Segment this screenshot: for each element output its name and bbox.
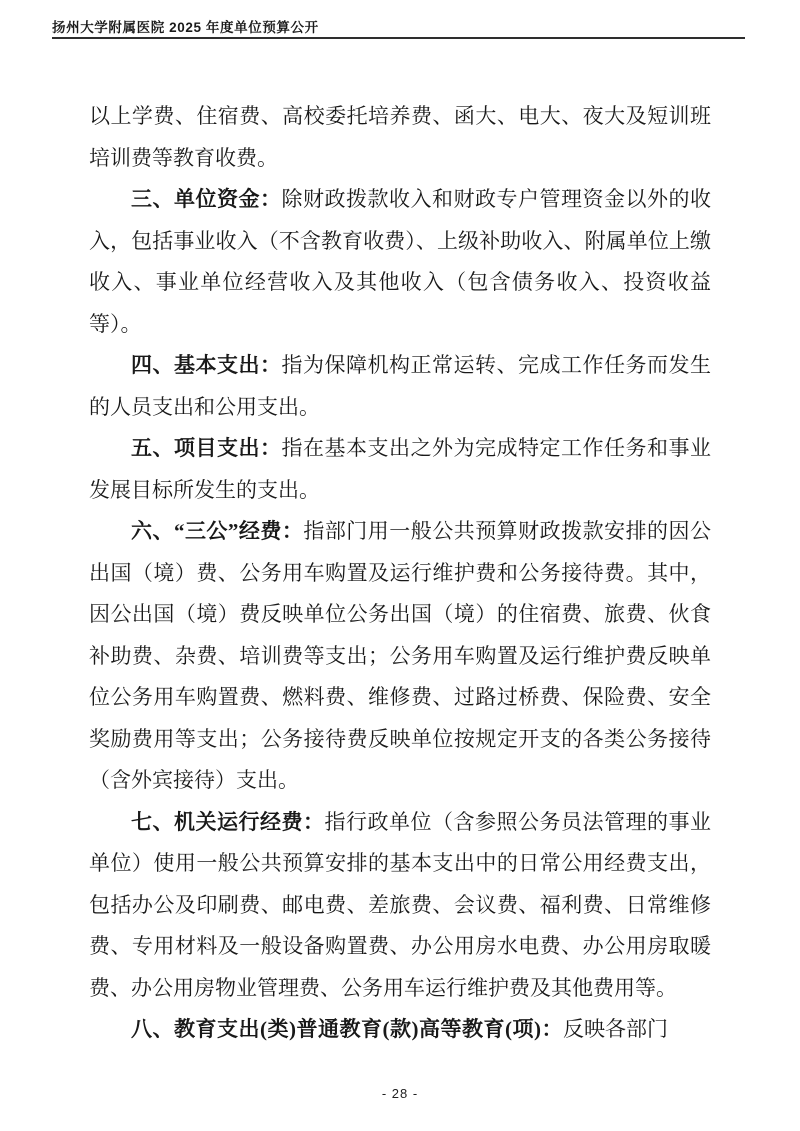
paragraph-text: 以上学费、住宿费、高校委托培养费、函大、电大、夜大及短训班培训费等教育收费。 [89, 104, 711, 170]
paragraph-lead: 三、单位资金： [131, 187, 282, 211]
paragraph-lead: 六、“三公”经费： [131, 519, 303, 543]
page-number: - 28 - [382, 1086, 418, 1101]
paragraph-lead: 七、机关运行经费： [131, 810, 325, 834]
paragraph: 五、项目支出：指在基本支出之外为完成特定工作任务和事业发展目标所发生的支出。 [89, 428, 711, 511]
paragraph: 七、机关运行经费：指行政单位（含参照公务员法管理的事业单位）使用一般公共预算安排… [89, 802, 711, 1010]
header-title: 扬州大学附属医院 2025 年度单位预算公开 [52, 16, 319, 36]
paragraph-lead: 五、项目支出： [131, 436, 282, 460]
paragraph: 三、单位资金：除财政拨款收入和财政专户管理资金以外的收入，包括事业收入（不含教育… [89, 179, 711, 345]
paragraph-text: 反映各部门 [563, 1017, 668, 1041]
paragraph-text: 指行政单位（含参照公务员法管理的事业单位）使用一般公共预算安排的基本支出中的日常… [89, 810, 711, 1000]
page-footer: - 28 - [0, 1086, 800, 1101]
paragraph-lead: 四、基本支出： [131, 353, 282, 377]
paragraph: 八、教育支出(类)普通教育(款)高等教育(项)：反映各部门 [89, 1009, 711, 1051]
document-page: 扬州大学附属医院 2025 年度单位预算公开 以上学费、住宿费、高校委托培养费、… [0, 0, 800, 1131]
paragraph-text: 指部门用一般公共预算财政拨款安排的因公出国（境）费、公务用车购置及运行维护费和公… [89, 519, 711, 792]
paragraph: 四、基本支出：指为保障机构正常运转、完成工作任务而发生的人员支出和公用支出。 [89, 345, 711, 428]
header-rule [52, 37, 745, 39]
paragraph-lead: 八、教育支出(类)普通教育(款)高等教育(项)： [131, 1017, 563, 1041]
paragraph: 以上学费、住宿费、高校委托培养费、函大、电大、夜大及短训班培训费等教育收费。 [89, 96, 711, 179]
paragraph: 六、“三公”经费：指部门用一般公共预算财政拨款安排的因公出国（境）费、公务用车购… [89, 511, 711, 802]
document-body: 以上学费、住宿费、高校委托培养费、函大、电大、夜大及短训班培训费等教育收费。 三… [89, 96, 711, 1051]
